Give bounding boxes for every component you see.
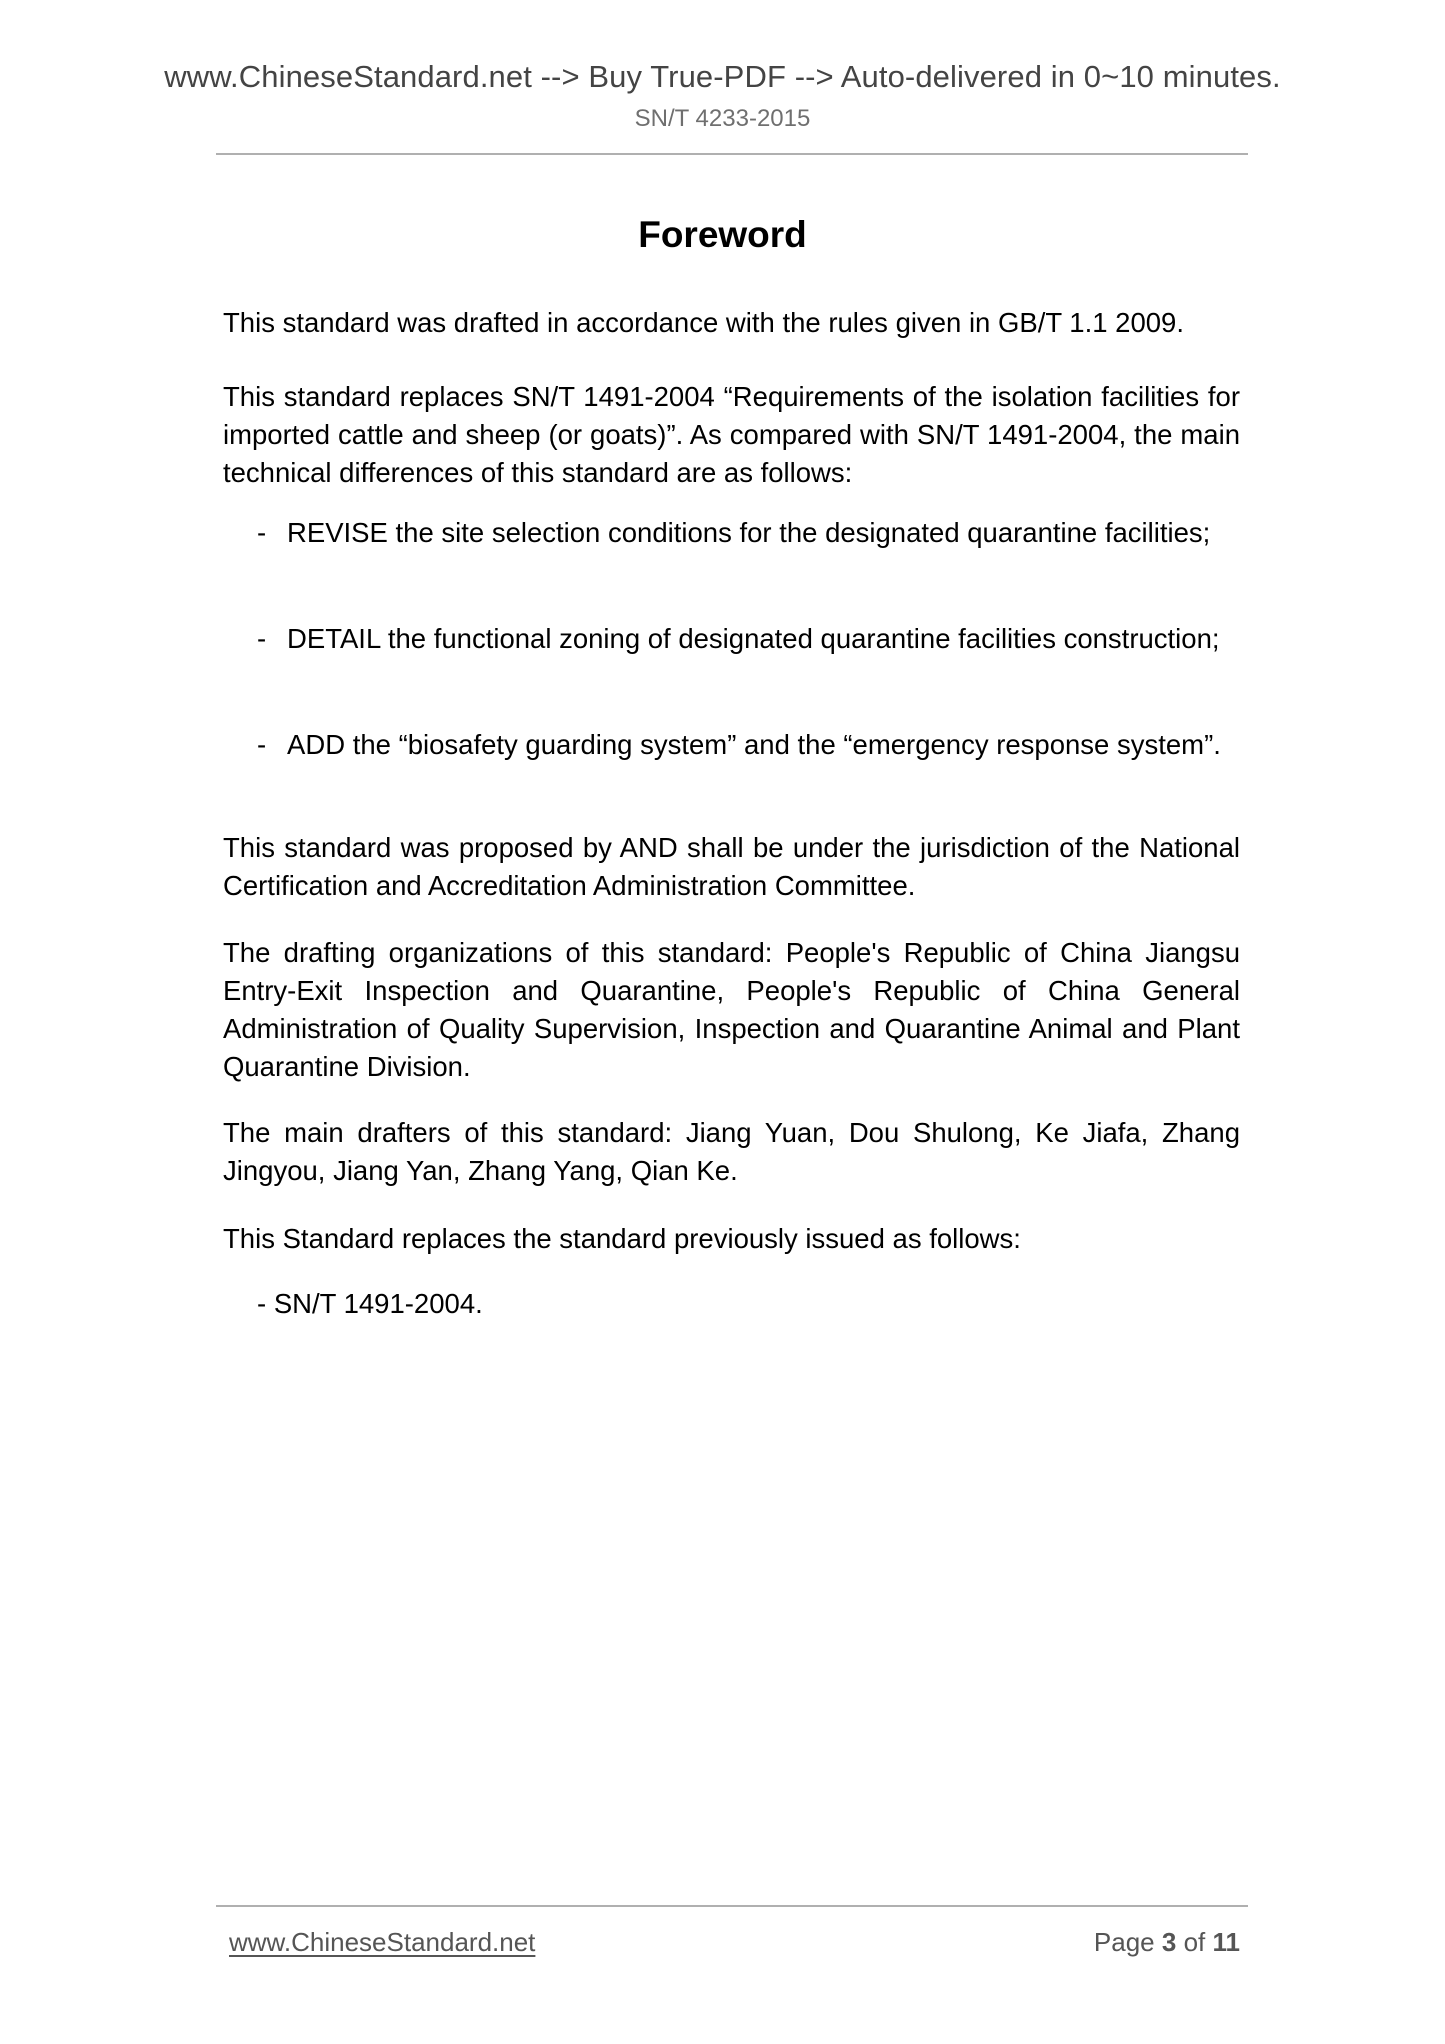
page-total: 11 [1213, 1927, 1241, 1957]
paragraph-proposed-by: This standard was proposed by AND shall … [223, 829, 1240, 905]
difference-item: - REVISE the site selection conditions f… [257, 514, 1240, 552]
paragraph-main-drafters: The main drafters of this standard: Jian… [223, 1114, 1240, 1190]
paragraph-drafting-organizations: The drafting organizations of this stand… [223, 934, 1240, 1086]
standard-code: SN/T 4233-2015 [0, 104, 1445, 134]
paragraph-drafting-rules: This standard was drafted in accordance … [223, 304, 1240, 342]
dash-marker: - [257, 726, 266, 764]
dash-marker: - [257, 1288, 266, 1319]
paragraph-replaces: This standard replaces SN/T 1491-2004 “R… [223, 378, 1240, 492]
previous-edition-text: SN/T 1491-2004. [274, 1288, 483, 1319]
difference-text: ADD the “biosafety guarding system” and … [287, 726, 1240, 764]
page-prefix: Page [1094, 1927, 1155, 1957]
page-header-banner: www.ChineseStandard.net --> Buy True-PDF… [0, 57, 1445, 97]
dash-marker: - [257, 514, 266, 552]
previous-edition-item: - SN/T 1491-2004. [257, 1285, 1240, 1323]
dash-marker: - [257, 620, 266, 658]
header-divider [216, 153, 1248, 155]
page-of: of [1184, 1927, 1206, 1957]
difference-text: REVISE the site selection conditions for… [287, 514, 1240, 552]
footer-divider [216, 1905, 1248, 1907]
page-current: 3 [1162, 1927, 1176, 1957]
difference-item: - DETAIL the functional zoning of design… [257, 620, 1240, 658]
footer-website-link[interactable]: www.ChineseStandard.net [229, 1926, 535, 1958]
difference-item: - ADD the “biosafety guarding system” an… [257, 726, 1240, 764]
difference-text: DETAIL the functional zoning of designat… [287, 620, 1240, 658]
page-title: Foreword [0, 213, 1445, 257]
page-indicator: Page 3 of 11 [1094, 1926, 1240, 1958]
paragraph-replaces-intro: This Standard replaces the standard prev… [223, 1220, 1240, 1258]
